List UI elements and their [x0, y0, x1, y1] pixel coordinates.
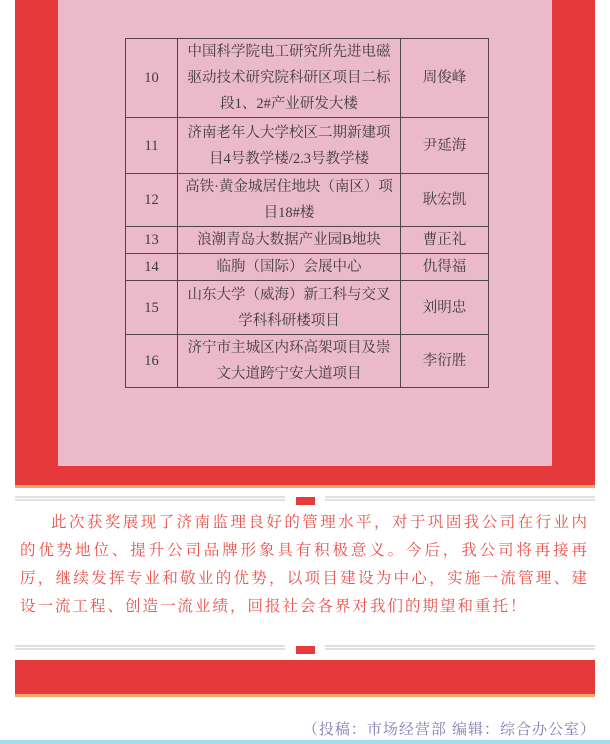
project-name: 临朐（国际）会展中心	[178, 254, 401, 281]
project-name: 济南老年人大学校区二期新建项目4号教学楼/2.3号教学楼	[178, 118, 401, 174]
person-name: 曹正礼	[401, 227, 489, 254]
section-divider-top	[15, 496, 595, 501]
awards-panel-frame: 10 中国科学院电工研究所先进电磁驱动技术研究院科研区项目二标段1、2#产业研发…	[15, 0, 595, 488]
table-row: 16 济宁市主城区内环高架项目及崇文大道跨宁安大道项目 李衍胜	[126, 335, 489, 388]
closing-paragraph: 此次获奖展现了济南监理良好的管理水平，对于巩固我公司在行业内的优势地位、提升公司…	[20, 509, 589, 621]
person-name: 李衍胜	[401, 335, 489, 388]
row-number: 11	[126, 118, 178, 174]
row-number: 16	[126, 335, 178, 388]
row-number: 10	[126, 39, 178, 118]
person-name: 耿宏凯	[401, 174, 489, 227]
project-name: 高铁·黄金城居住地块（南区）项目18#楼	[178, 174, 401, 227]
table-row: 13 浪潮青岛大数据产业园B地块 曹正礼	[126, 227, 489, 254]
table-row: 12 高铁·黄金城居住地块（南区）项目18#楼 耿宏凯	[126, 174, 489, 227]
table-row: 15 山东大学（威海）新工科与交叉学科科研楼项目 刘明忠	[126, 281, 489, 335]
bottom-blue-edge	[0, 740, 610, 744]
table-row: 10 中国科学院电工研究所先进电磁驱动技术研究院科研区项目二标段1、2#产业研发…	[126, 39, 489, 118]
awards-panel: 10 中国科学院电工研究所先进电磁驱动技术研究院科研区项目二标段1、2#产业研发…	[58, 0, 552, 466]
project-name: 山东大学（威海）新工科与交叉学科科研楼项目	[178, 281, 401, 335]
section-divider-bottom	[15, 645, 595, 650]
credit-line: （投稿：市场经营部 编辑：综合办公室）	[303, 718, 596, 739]
person-name: 周俊峰	[401, 39, 489, 118]
person-name: 仇得福	[401, 254, 489, 281]
table-row: 14 临朐（国际）会展中心 仇得福	[126, 254, 489, 281]
row-number: 15	[126, 281, 178, 335]
divider-mark-wrap	[285, 493, 325, 508]
project-name: 中国科学院电工研究所先进电磁驱动技术研究院科研区项目二标段1、2#产业研发大楼	[178, 39, 401, 118]
table-row: 11 济南老年人大学校区二期新建项目4号教学楼/2.3号教学楼 尹延海	[126, 118, 489, 174]
person-name: 刘明忠	[401, 281, 489, 335]
awards-table: 10 中国科学院电工研究所先进电磁驱动技术研究院科研区项目二标段1、2#产业研发…	[125, 38, 489, 388]
footer-red-banner	[15, 660, 595, 697]
divider-red-dot-icon	[296, 646, 315, 654]
divider-red-dot-icon	[296, 497, 315, 505]
divider-mark-wrap	[285, 642, 325, 657]
project-name: 济宁市主城区内环高架项目及崇文大道跨宁安大道项目	[178, 335, 401, 388]
row-number: 14	[126, 254, 178, 281]
project-name: 浪潮青岛大数据产业园B地块	[178, 227, 401, 254]
row-number: 12	[126, 174, 178, 227]
row-number: 13	[126, 227, 178, 254]
person-name: 尹延海	[401, 118, 489, 174]
